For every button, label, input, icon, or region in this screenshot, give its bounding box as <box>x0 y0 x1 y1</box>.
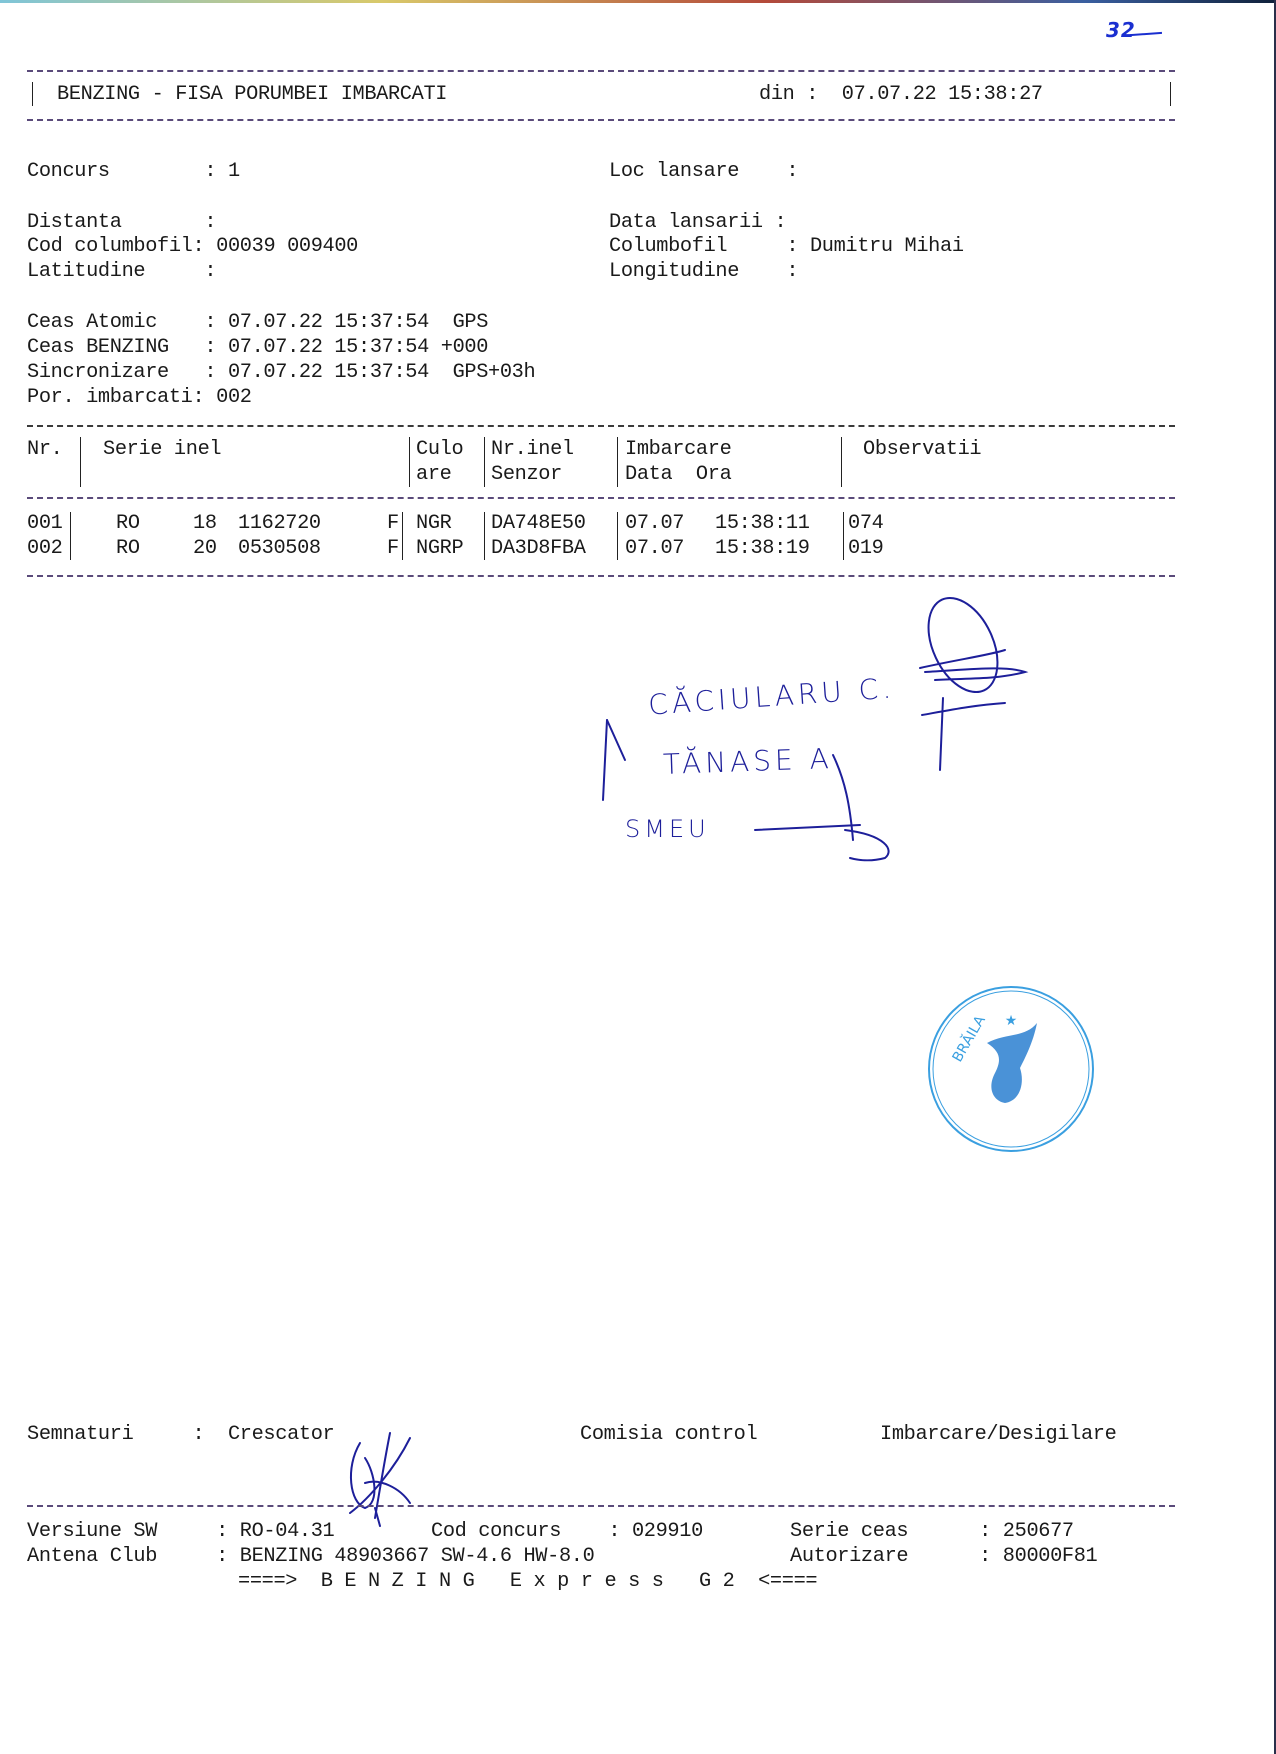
cell-ora: 15:38:11 <box>715 512 810 536</box>
scan-top-edge <box>0 0 1276 3</box>
cod-concurs-label: Cod concurs <box>431 1520 561 1543</box>
handwritten-marks <box>595 590 1035 870</box>
ceas-benzing-label: Ceas BENZING <box>27 336 169 359</box>
cell-an: 18 <box>193 512 217 536</box>
loc-lansare-label: Loc lansare <box>609 160 739 183</box>
svg-text:★: ★ <box>1005 1013 1018 1029</box>
header-left-border <box>32 82 33 106</box>
divider <box>27 119 1175 121</box>
document-title: BENZING - FISA PORUMBEI IMBARCATI <box>57 83 447 107</box>
pigeon-icon <box>987 1023 1037 1103</box>
cell-an: 20 <box>193 537 217 561</box>
col-imbarcare-header-2: Data Ora <box>625 463 731 487</box>
cell-nr: 002 <box>27 537 62 561</box>
cell-inel: 0530508 <box>238 537 321 561</box>
data-lansarii-label: Data lansarii <box>609 211 763 234</box>
autorizare-label: Autorizare <box>790 1545 908 1568</box>
col-nr-inel-header-1: Nr.inel <box>491 438 574 462</box>
col-culoare-header-1: Culo <box>416 438 463 462</box>
columbofil-label: Columbofil <box>609 235 727 258</box>
cod-concurs-row: Cod concurs : 029910 <box>431 1520 703 1544</box>
latitudine-row: Latitudine : <box>27 260 228 284</box>
cell-tara: RO <box>116 512 140 536</box>
versiune-sw-label: Versiune SW <box>27 1520 157 1543</box>
longitudine-label: Longitudine <box>609 260 739 283</box>
ceas-atomic-row: Ceas Atomic : 07.07.22 15:37:54 GPS <box>27 311 488 335</box>
versiune-sw-value: RO-04.31 <box>240 1520 335 1543</box>
cell-nr: 001 <box>27 512 62 536</box>
table-top-divider <box>27 425 1175 427</box>
col-divider <box>409 437 410 487</box>
cod-columbofil-row: Cod columbofil: 00039 009400 <box>27 235 358 259</box>
loc-lansare-row: Loc lansare : <box>609 160 810 184</box>
por-imbarcati-value: 002 <box>216 386 251 409</box>
cell-data: 07.07 <box>625 537 684 561</box>
divider <box>27 70 1175 72</box>
col-nr-inel-header-2: Senzor <box>491 463 562 487</box>
header-right-border <box>1170 82 1171 106</box>
cell-observatii: 074 <box>848 512 883 536</box>
cell-inel: 1162720 <box>238 512 321 536</box>
columbofil-value: Dumitru Mihai <box>810 235 964 258</box>
ceas-benzing-suffix: +000 <box>441 336 488 359</box>
cell-tara: RO <box>116 537 140 561</box>
cell-senzor: DA3D8FBA <box>491 537 586 561</box>
concurs-row: Concurs : 1 <box>27 160 240 184</box>
table-bottom-divider <box>27 575 1175 577</box>
page-number: 32 <box>1106 18 1136 42</box>
crescator-label: Crescator <box>228 1423 334 1446</box>
col-serie-inel-header: Serie inel <box>103 438 221 462</box>
comisia-control-label: Comisia control <box>580 1423 757 1447</box>
sincronizare-row: Sincronizare : 07.07.22 15:37:54 GPS+03h <box>27 361 535 385</box>
header-date-label: din : 07.07.22 15:38:27 <box>759 83 1043 107</box>
footer-divider <box>27 1505 1175 1507</box>
concurs-value: 1 <box>228 160 240 183</box>
cell-observatii: 019 <box>848 537 883 561</box>
cell-sex: F <box>387 537 399 561</box>
col-observatii-header: Observatii <box>863 438 981 462</box>
cell-data: 07.07 <box>625 512 684 536</box>
stamp-text: BRĂILA <box>948 1012 989 1065</box>
ceas-atomic-value: 07.07.22 15:37:54 <box>228 311 429 334</box>
cell-senzor: DA748E50 <box>491 512 586 536</box>
signatures-label: Semnaturi <box>27 1423 133 1446</box>
sincronizare-value: 07.07.22 15:37:54 <box>228 361 429 384</box>
autorizare-value: 80000F81 <box>1003 1545 1098 1568</box>
antena-club-row: Antena Club : BENZING 48903667 SW-4.6 HW… <box>27 1545 594 1569</box>
col-nr-header: Nr. <box>27 438 62 462</box>
por-imbarcati-row: Por. imbarcati: 002 <box>27 386 252 410</box>
serie-ceas-label: Serie ceas <box>790 1520 908 1543</box>
columbofil-row: Columbofil : Dumitru Mihai <box>609 235 964 259</box>
ceas-benzing-row: Ceas BENZING : 07.07.22 15:37:54 +000 <box>27 336 488 360</box>
serie-ceas-row: Serie ceas : 250677 <box>790 1520 1074 1544</box>
crescator-signature <box>340 1428 430 1528</box>
cell-sex: F <box>387 512 399 536</box>
col-divider <box>80 437 81 487</box>
cell-culoare: NGRP <box>416 537 463 561</box>
antena-club-value: BENZING 48903667 SW-4.6 HW-8.0 <box>240 1545 595 1568</box>
col-imbarcare-header-1: Imbarcare <box>625 438 731 462</box>
versiune-sw-row: Versiune SW : RO-04.31 <box>27 1520 334 1544</box>
table-header-divider <box>27 497 1175 499</box>
col-divider <box>484 437 485 487</box>
date-value: 07.07.22 15:38:27 <box>842 83 1043 106</box>
cell-culoare: NGR <box>416 512 451 536</box>
col-culoare-header-2: are <box>416 463 451 487</box>
sincronizare-suffix: GPS+03h <box>453 361 536 384</box>
col-divider <box>617 437 618 487</box>
longitudine-row: Longitudine : <box>609 260 810 284</box>
distanta-label: Distanta <box>27 211 122 234</box>
col-divider <box>402 512 403 560</box>
cod-concurs-value: 029910 <box>632 1520 703 1543</box>
benzing-banner: ====> B E N Z I N G E x p r e s s G 2 <=… <box>238 1570 817 1594</box>
club-stamp: ★ BRĂILA <box>925 983 1097 1155</box>
col-divider <box>843 512 844 560</box>
antena-club-label: Antena Club <box>27 1545 157 1568</box>
col-divider <box>70 512 71 560</box>
autorizare-row: Autorizare : 80000F81 <box>790 1545 1097 1569</box>
distanta-row: Distanta : <box>27 211 228 235</box>
signatures-row: Semnaturi : Crescator <box>27 1423 334 1447</box>
imbarcare-desigilare-label: Imbarcare/Desigilare <box>880 1423 1116 1447</box>
concurs-label: Concurs <box>27 160 110 183</box>
cod-columbofil-label: Cod columbofil <box>27 235 193 258</box>
ceas-atomic-label: Ceas Atomic <box>27 311 157 334</box>
latitudine-label: Latitudine <box>27 260 145 283</box>
cod-columbofil-value: 00039 009400 <box>216 235 358 258</box>
cell-ora: 15:38:19 <box>715 537 810 561</box>
ceas-atomic-suffix: GPS <box>453 311 488 334</box>
col-divider <box>841 437 842 487</box>
col-divider <box>617 512 618 560</box>
ceas-benzing-value: 07.07.22 15:37:54 <box>228 336 429 359</box>
sincronizare-label: Sincronizare <box>27 361 169 384</box>
date-label: din <box>759 83 794 106</box>
col-divider <box>484 512 485 560</box>
data-lansarii-row: Data lansarii : <box>609 211 798 235</box>
serie-ceas-value: 250677 <box>1003 1520 1074 1543</box>
por-imbarcati-label: Por. imbarcati <box>27 386 193 409</box>
